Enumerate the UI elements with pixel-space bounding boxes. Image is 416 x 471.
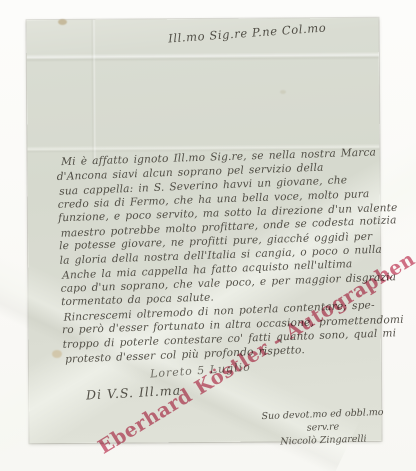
letter-scan: Ill.mo Sig.re P.ne Col.mo Mi è affatto i… — [0, 0, 416, 471]
letter-body: Mi è affatto ignoto Ill.mo Sig.re, se ne… — [56, 144, 397, 366]
signature-block: Suo devot.mo ed obbl.mo serv.re Niccolò … — [257, 406, 388, 450]
paper-stain — [280, 90, 286, 94]
fold-crease — [91, 20, 97, 160]
fold-crease — [27, 52, 379, 62]
paper-stain — [52, 350, 62, 358]
paper-stain — [58, 19, 67, 25]
